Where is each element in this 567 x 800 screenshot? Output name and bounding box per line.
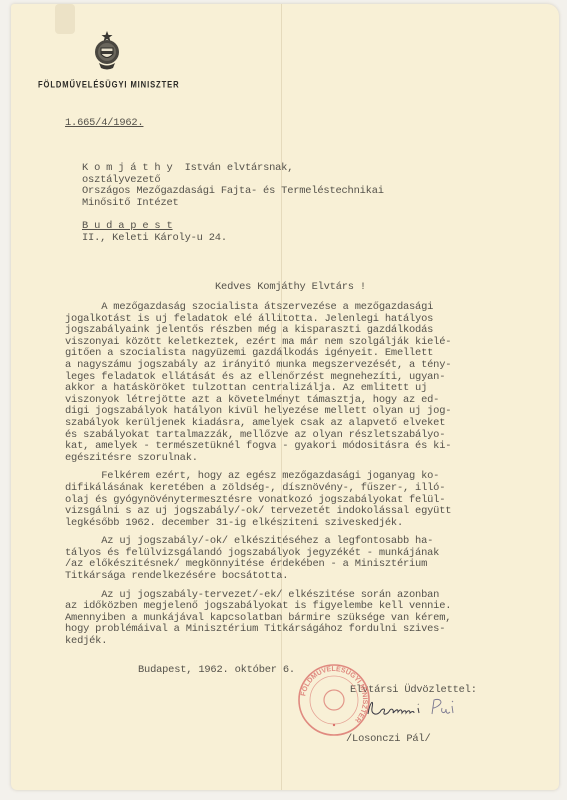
recipient-title: osztályvezető — [82, 174, 160, 186]
recipient-address: II., Keleti Károly-u 24. — [82, 232, 227, 244]
place-date: Budapest, 1962. október 6. — [138, 665, 295, 677]
recipient-block: K o m j á t h y István elvtársnak, osztá… — [82, 163, 384, 244]
reference-number: 1.665/4/1962. — [65, 118, 143, 130]
recipient-institution-2: Minősitő Intézet — [82, 197, 179, 209]
svg-text:FÖLDMŰVELÉSÜGYI MINISZTER: FÖLDMŰVELÉSÜGYI MINISZTER — [299, 664, 368, 724]
paragraph: Az uj jogszabály-tervezet/-ek/ elkészité… — [65, 590, 451, 648]
official-stamp-icon: FÖLDMŰVELÉSÜGYI MINISZTER — [296, 662, 372, 738]
ministry-heading: FÖLDMŰVELÉSÜGYI MINISZTER — [38, 79, 179, 90]
paragraph: Felkérem ezért, hogy az egész mezőgazdas… — [65, 471, 451, 529]
letter-body: A mezőgazdaság szocialista átszervezése … — [85, 302, 451, 655]
recipient-name: K o m j á t h y — [82, 162, 173, 174]
paragraph: Az uj jogszabály/-ok/ elkészitéséhez a l… — [65, 536, 451, 582]
paper-stain — [55, 4, 75, 34]
coat-of-arms-icon — [91, 30, 123, 72]
recipient-city: B u d a p e s t — [82, 220, 173, 232]
recipient-salutation: István elvtársnak, — [185, 162, 294, 174]
signatory-name: /Losonczi Pál/ — [346, 734, 431, 746]
recipient-institution-1: Országos Mezőgazdasági Fajta- és Termelé… — [82, 185, 384, 197]
paragraph: A mezőgazdaság szocialista átszervezése … — [65, 302, 451, 464]
handwritten-signature — [362, 694, 462, 724]
salutation: Kedves Komjáthy Elvtárs ! — [215, 282, 366, 294]
